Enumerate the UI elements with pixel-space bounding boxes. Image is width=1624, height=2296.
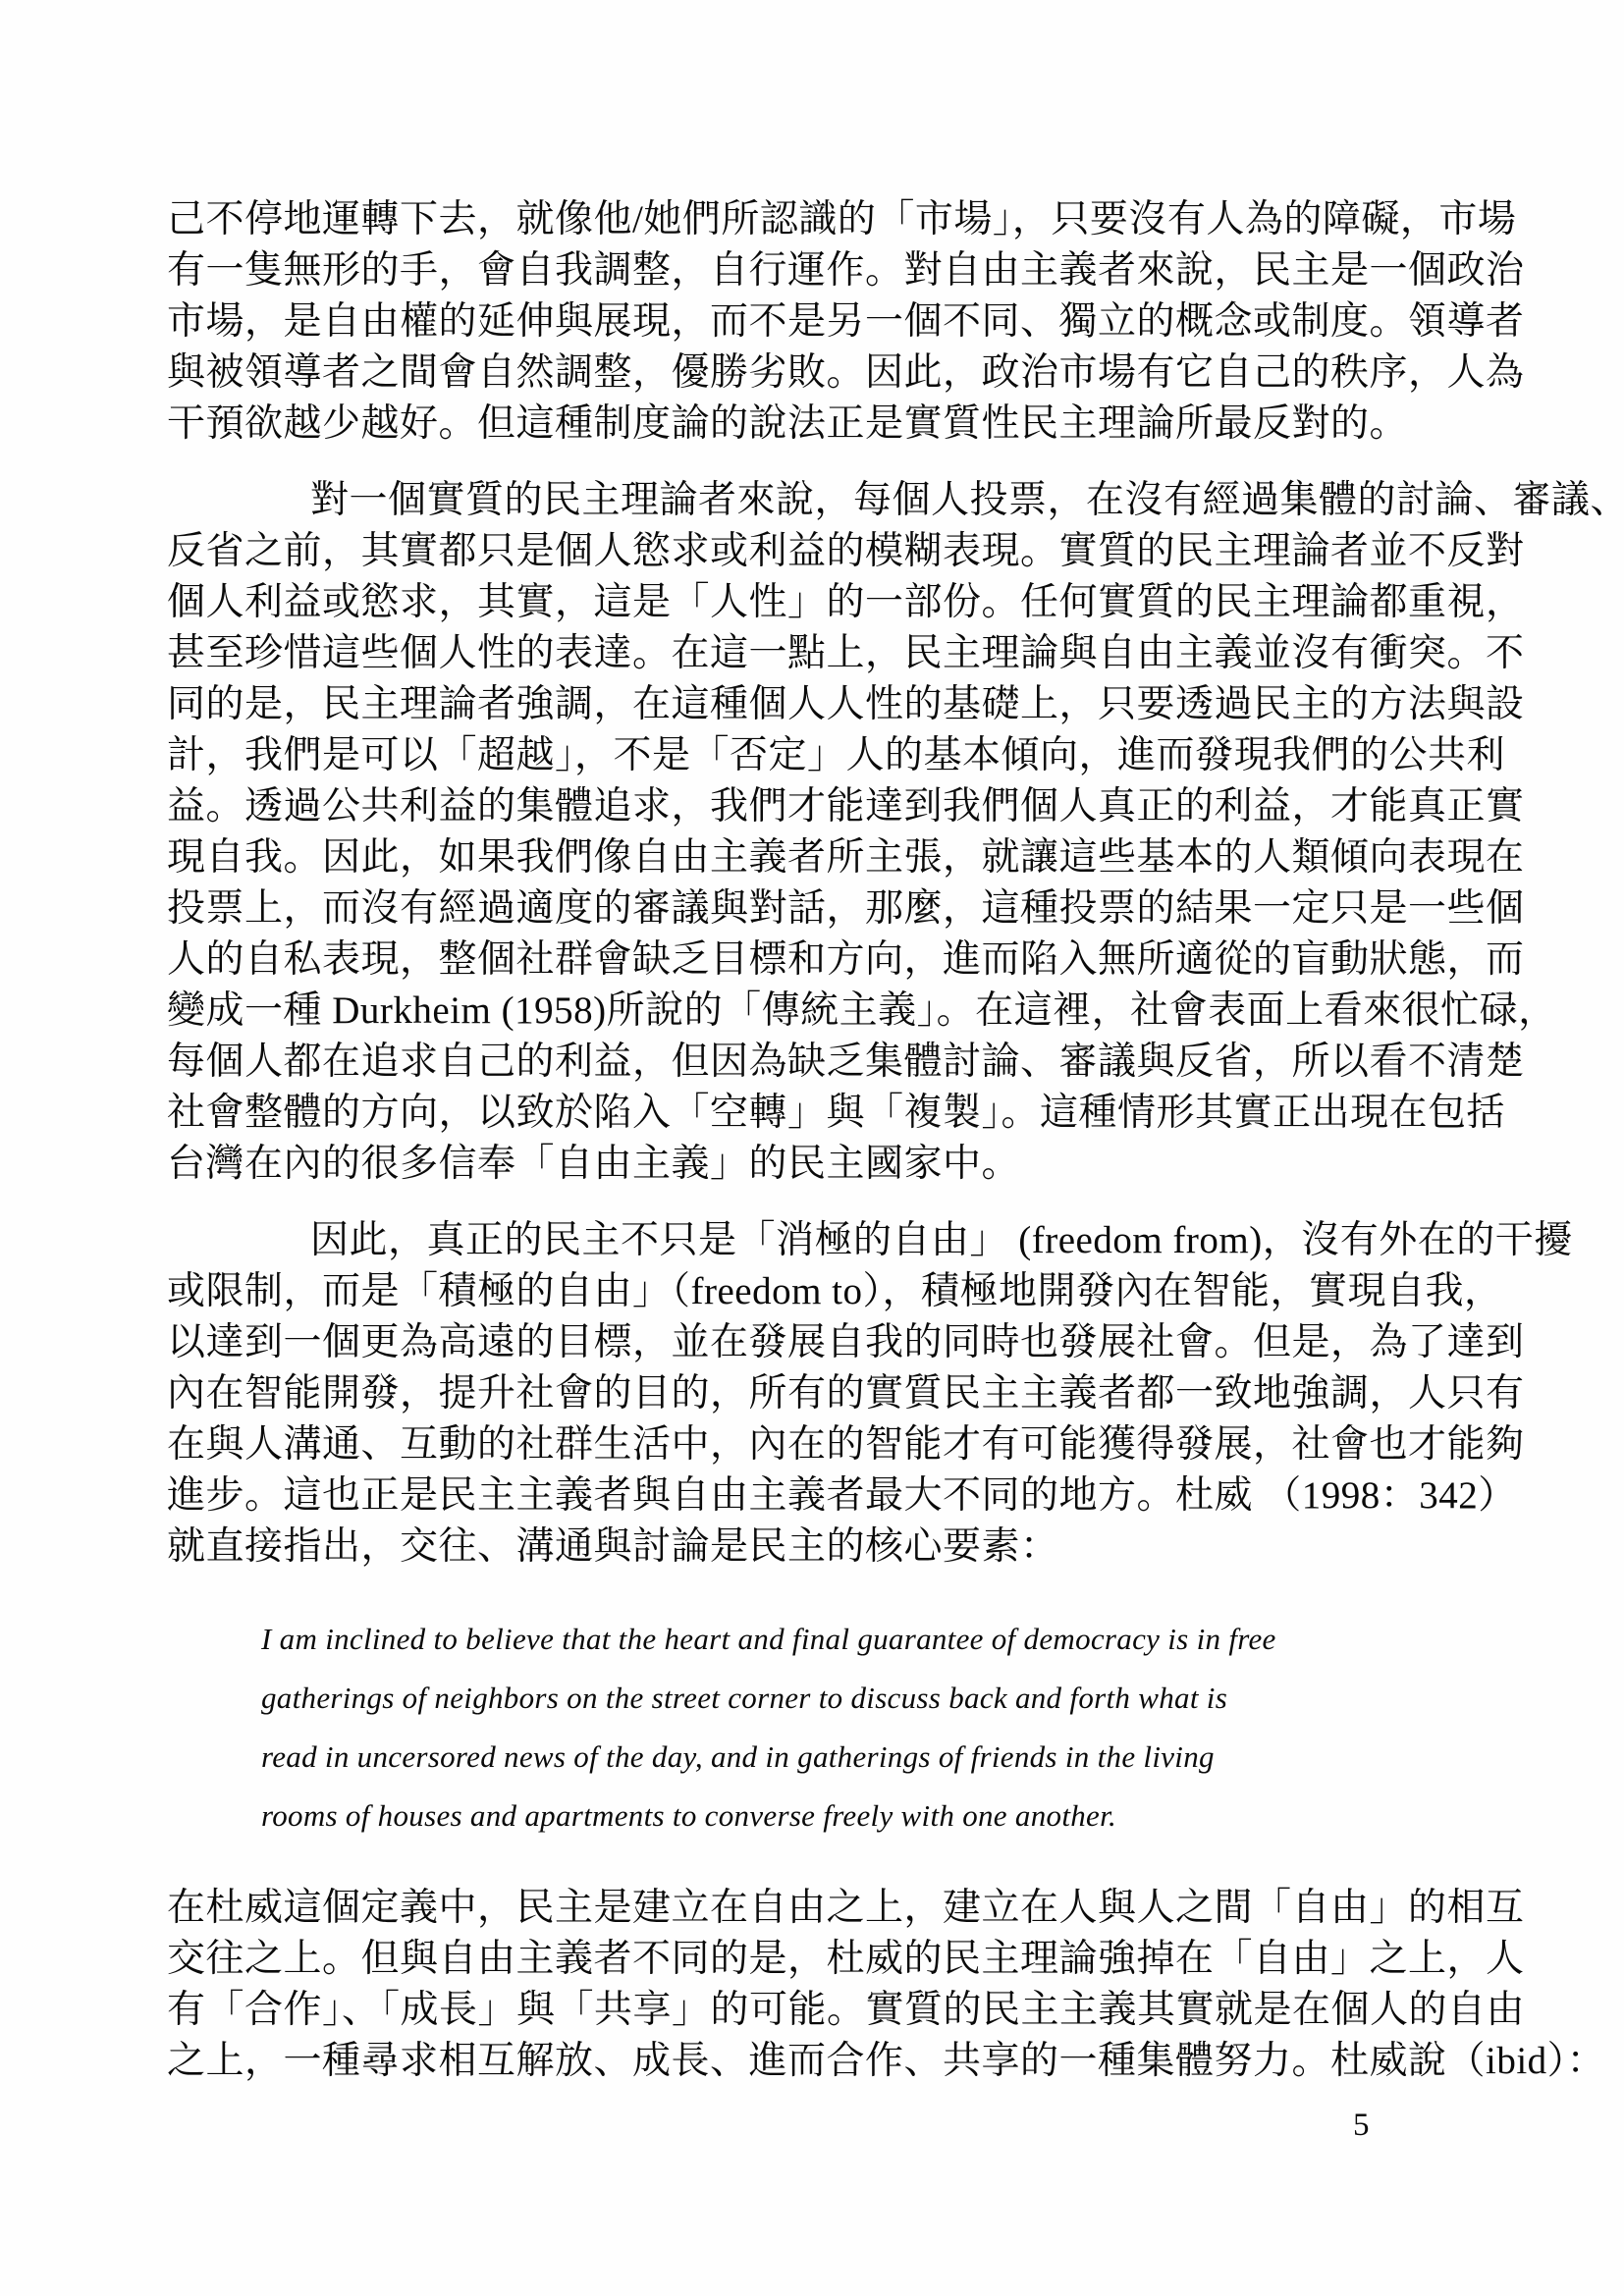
text-line: 市場，是自由權的延伸與展現，而不是另一個不同、獨立的概念或制度。領導者 [167, 296, 1463, 347]
text-line: gatherings of neighbors on the street co… [261, 1669, 1463, 1728]
text-line: 計，我們是可以「超越」，不是「否定」人的基本傾向，進而發現我們的公共利 [167, 730, 1463, 781]
text-line: 進步。這也正是民主主義者與自由主義者最大不同的地方。杜威 （1998：342） [167, 1470, 1463, 1522]
paragraph-3: 因此，真正的民主不只是「消極的自由」 (freedom from)，沒有外在的干… [167, 1215, 1463, 1573]
text-line: 因此，真正的民主不只是「消極的自由」 (freedom from)，沒有外在的干… [167, 1215, 1463, 1266]
text-line: 交往之上。但與自由主義者不同的是，杜威的民主理論強掉在「自由」之上，人 [167, 1934, 1463, 1985]
text-line: 益。透過公共利益的集體追求，我們才能達到我們個人真正的利益，才能真正實 [167, 781, 1463, 832]
text-line: 社會整體的方向，以致於陷入「空轉」與「複製」。這種情形其實正出現在包括 [167, 1088, 1463, 1139]
text-line: 在杜威這個定義中，民主是建立在自由之上，建立在人與人之間「自由」的相互 [167, 1883, 1463, 1934]
text-line: 之上，一種尋求相互解放、成長、進而合作、共享的一種集體努力。杜威說（ibid）： [167, 2036, 1463, 2087]
text-line: 干預欲越少越好。但這種制度論的說法正是實質性民主理論所最反對的。 [167, 399, 1463, 450]
text-line: 以達到一個更為高遠的目標，並在發展自我的同時也發展社會。但是，為了達到 [167, 1317, 1463, 1368]
text-line: I am inclined to believe that the heart … [261, 1610, 1463, 1669]
paragraph-2: 對一個實質的民主理論者來說，每個人投票，在沒有經過集體的討論、審議、反省之前，其… [167, 475, 1463, 1190]
text-line: 每個人都在追求自己的利益，但因為缺乏集體討論、審議與反省，所以看不清楚 [167, 1037, 1463, 1088]
text-line: read in uncersored news of the day, and … [261, 1728, 1463, 1787]
text-line: 就直接指出，交往、溝通與討論是民主的核心要素： [167, 1522, 1463, 1573]
text-line: 有一隻無形的手，會自我調整，自行運作。對自由主義者來說，民主是一個政治 [167, 245, 1463, 296]
page-number: 5 [1353, 2106, 1370, 2145]
text-line: 台灣在內的很多信奉「自由主義」的民主國家中。 [167, 1139, 1463, 1190]
text-line: 同的是，民主理論者強調，在這種個人人性的基礎上，只要透過民主的方法與設 [167, 679, 1463, 730]
text-line: 己不停地運轉下去，就像他/她們所認識的「市場」，只要沒有人為的障礙，市場 [167, 194, 1463, 245]
text-line: 甚至珍惜這些個人性的表達。在這一點上，民主理論與自由主義並沒有衝突。不 [167, 628, 1463, 679]
text-line: 個人利益或慾求，其實，這是「人性」的一部份。任何實質的民主理論都重視， [167, 577, 1463, 628]
paragraph-4: 在杜威這個定義中，民主是建立在自由之上，建立在人與人之間「自由」的相互交往之上。… [167, 1883, 1463, 2087]
text-block: 己不停地運轉下去，就像他/她們所認識的「市場」，只要沒有人為的障礙，市場有一隻無… [167, 194, 1463, 2112]
text-line: 在與人溝通、互動的社群生活中，內在的智能才有可能獲得發展，社會也才能夠 [167, 1419, 1463, 1470]
text-line: rooms of houses and apartments to conver… [261, 1787, 1463, 1845]
text-line: 人的自私表現，整個社群會缺乏目標和方向，進而陷入無所適從的盲動狀態，而 [167, 934, 1463, 986]
quote-dewey: I am inclined to believe that the heart … [261, 1610, 1463, 1845]
text-line: 對一個實質的民主理論者來說，每個人投票，在沒有經過集體的討論、審議、 [167, 475, 1463, 526]
paragraph-1: 己不停地運轉下去，就像他/她們所認識的「市場」，只要沒有人為的障礙，市場有一隻無… [167, 194, 1463, 450]
text-line: 或限制，而是「積極的自由」（freedom to），積極地開發內在智能，實現自我… [167, 1266, 1463, 1317]
text-line: 反省之前，其實都只是個人慾求或利益的模糊表現。實質的民主理論者並不反對 [167, 526, 1463, 577]
text-line: 與被領導者之間會自然調整，優勝劣敗。因此，政治市場有它自己的秩序，人為 [167, 347, 1463, 399]
text-line: 變成一種 Durkheim (1958)所說的「傳統主義」。在這裡，社會表面上看… [167, 986, 1463, 1037]
text-line: 現自我。因此，如果我們像自由主義者所主張，就讓這些基本的人類傾向表現在 [167, 832, 1463, 883]
text-line: 有「合作」、「成長」與「共享」的可能。實質的民主主義其實就是在個人的自由 [167, 1985, 1463, 2036]
text-line: 內在智能開發，提升社會的目的，所有的實質民主主義者都一致地強調，人只有 [167, 1368, 1463, 1419]
text-line: 投票上，而沒有經過適度的審議與對話，那麼，這種投票的結果一定只是一些個 [167, 883, 1463, 934]
document-page: 己不停地運轉下去，就像他/她們所認識的「市場」，只要沒有人為的障礙，市場有一隻無… [0, 0, 1624, 2296]
